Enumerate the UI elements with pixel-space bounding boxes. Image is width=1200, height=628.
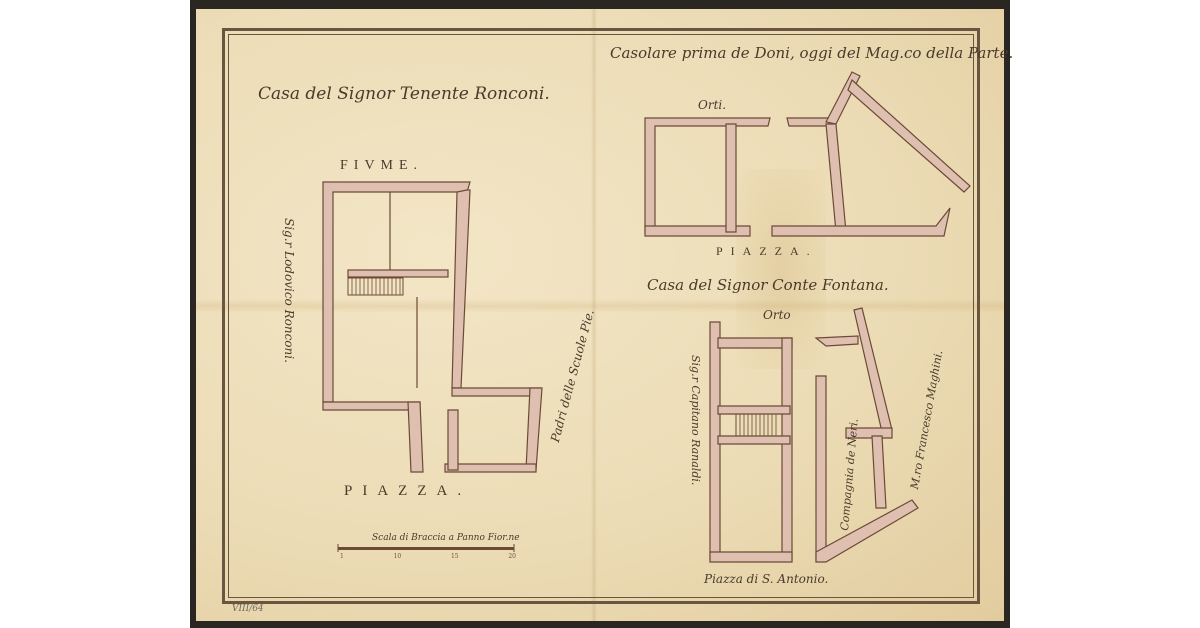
right-bottom-plan-title: Casa del Signor Conte Fontana. [647,276,889,294]
right-top-plan-walls [645,72,970,236]
right-bottom-plan-west-label: Sig.r Capitano Ranaldi. [689,355,702,485]
left-plan-title: Casa del Signor Tenente Ronconi. [258,84,550,104]
scale-tick: 15 [451,553,459,560]
right-bottom-plan-north-label: Orto [763,308,791,322]
left-plan-north-label: FIVME. [340,158,423,174]
scale-tick: 10 [394,553,402,560]
scale-tick: 20 [508,553,516,560]
right-top-plan-title: Casolare prima de Doni, oggi del Mag.co … [610,44,1013,62]
left-plan-walls [323,182,542,472]
right-bottom-plan-walls [710,308,918,562]
right-top-plan-south-label: PIAZZA. [716,244,818,259]
catalog-mark: VIII/64 [232,604,264,614]
scale-tick: 1 [340,553,344,560]
right-bottom-plan-south-label: Piazza di S. Antonio. [704,572,828,586]
scale-bar-label: Scala di Braccia a Panno Fior.ne [372,533,520,543]
scale-bar-ticks: 1 10 15 20 [340,553,516,560]
left-plan-south-label: PIAZZA. [344,483,471,500]
right-top-plan-north-label: Orti. [698,98,726,112]
floor-plans-drawing [0,0,1200,628]
scale-bar-graphic [338,544,514,552]
left-plan-west-label: Sig.r Lodovico Ronconi. [282,218,296,363]
